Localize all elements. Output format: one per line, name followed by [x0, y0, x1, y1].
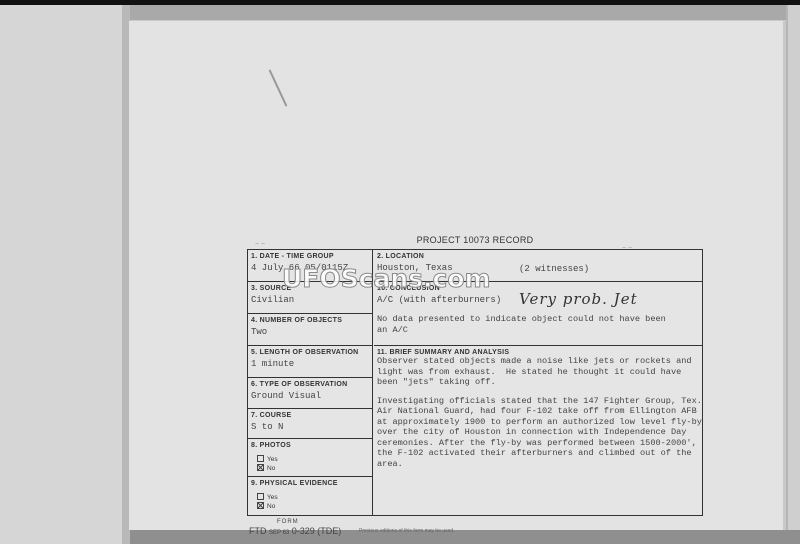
field-label: 11. BRIEF SUMMARY AND ANALYSIS	[377, 349, 702, 356]
field-label: 9. PHYSICAL EVIDENCE	[251, 480, 372, 487]
field-label: 6. TYPE OF OBSERVATION	[251, 381, 372, 388]
type-of-observation-cell: 6. TYPE OF OBSERVATION Ground Visual	[248, 378, 372, 409]
photos-no-option: No	[257, 464, 372, 473]
summary-paragraph: Investigating officials stated that the …	[377, 396, 702, 470]
scan-right-edge	[786, 5, 800, 544]
scan-bottom-shade	[130, 530, 800, 544]
field-label: 7. COURSE	[251, 412, 372, 419]
field-label: 1. DATE - TIME GROUP	[251, 253, 372, 260]
faint-stamp: ~ ~	[255, 241, 265, 248]
scan-top-shade	[130, 5, 790, 20]
adjacent-page	[0, 5, 122, 544]
evidence-yes-option: Yes	[257, 493, 372, 502]
photos-cell: 8. PHOTOS Yes No	[248, 439, 372, 477]
length-of-observation-cell: 5. LENGTH OF OBSERVATION 1 minute	[248, 346, 372, 378]
field-value: 1 minute	[251, 359, 372, 369]
footer-form-label: FORM	[277, 519, 299, 525]
checkbox-empty-icon	[257, 455, 264, 462]
checkbox-empty-icon	[257, 493, 264, 500]
summary-paragraph: Observer stated objects made a noise lik…	[377, 356, 702, 388]
field-value: Civilian	[251, 295, 372, 305]
form-title: PROJECT 10073 RECORD	[247, 235, 703, 245]
watermark: UFOScans.com	[282, 264, 491, 293]
photos-yes-option: Yes	[257, 455, 372, 464]
witness-note: (2 witnesses)	[519, 264, 589, 274]
field-value: Two	[251, 327, 372, 337]
checkbox-checked-icon	[257, 464, 264, 471]
field-label: 4. NUMBER OF OBJECTS	[251, 317, 372, 324]
footer-note: Previous editions of this form may be us…	[359, 528, 455, 534]
summary-cell: 11. BRIEF SUMMARY AND ANALYSIS Observer …	[374, 346, 702, 515]
conclusion-extra: No data presented to indicate object cou…	[377, 314, 702, 335]
course-cell: 7. COURSE S to N	[248, 409, 372, 439]
checkbox-checked-icon	[257, 502, 264, 509]
footer-form-code: FTD SEP 63 0-329 (TDE)	[249, 526, 341, 536]
field-value: S to N	[251, 422, 372, 432]
evidence-no-option: No	[257, 502, 372, 511]
number-of-objects-cell: 4. NUMBER OF OBJECTS Two	[248, 314, 372, 346]
physical-evidence-cell: 9. PHYSICAL EVIDENCE Yes No	[248, 477, 372, 515]
handwritten-note: Very prob. Jet	[519, 290, 638, 308]
field-label: 2. LOCATION	[377, 253, 702, 260]
field-label: 8. PHOTOS	[251, 442, 372, 449]
field-value: Ground Visual	[251, 391, 372, 401]
field-label: 5. LENGTH OF OBSERVATION	[251, 349, 372, 356]
